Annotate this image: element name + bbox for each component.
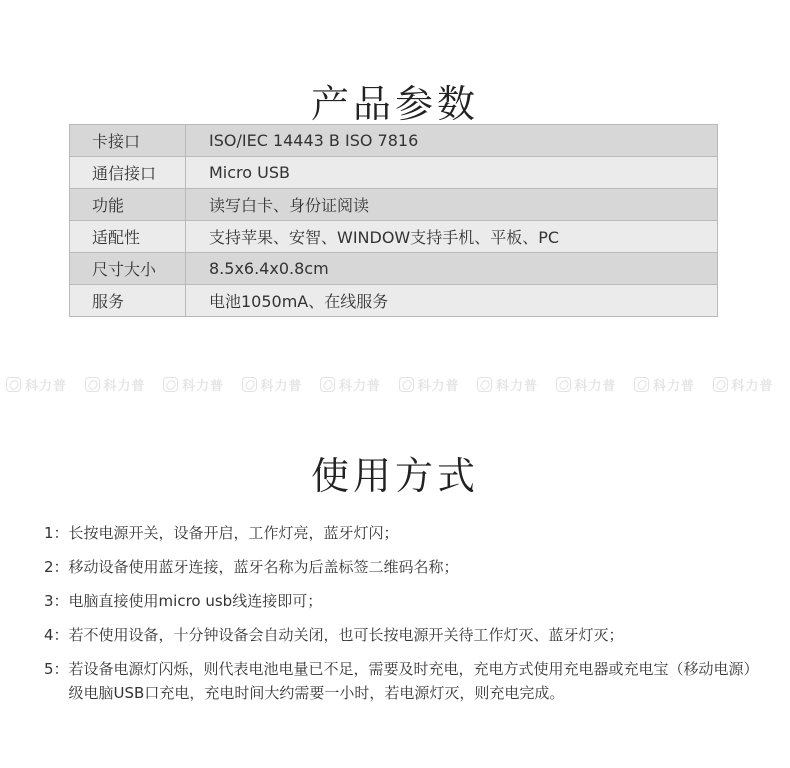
- watermark: 科力普: [399, 374, 478, 394]
- watermark-text: 科力普: [104, 375, 146, 394]
- step-number: 3：: [44, 589, 69, 613]
- usage-step: 4： 若不使用设备，十分钟设备会自动关闭，也可长按电源开关待工作灯灭、蓝牙灯灭；: [44, 623, 764, 647]
- step-text: 电脑直接使用micro usb线连接即可；: [69, 589, 764, 613]
- paperclip-icon: [556, 377, 571, 392]
- step-text: 长按电源开关，设备开启，工作灯亮，蓝牙灯闪；: [69, 521, 764, 545]
- step-number: 5：: [44, 657, 69, 705]
- watermark-text: 科力普: [575, 375, 617, 394]
- paperclip-icon: [634, 377, 649, 392]
- spec-value: 读写白卡、身份证阅读: [186, 189, 718, 221]
- watermark: 科力普: [713, 374, 790, 394]
- table-row: 卡接口 ISO/IEC 14443 B ISO 7816: [70, 125, 718, 157]
- spec-key: 适配性: [70, 221, 186, 253]
- watermark-text: 科力普: [339, 375, 381, 394]
- watermark: 科力普: [556, 374, 635, 394]
- watermark: 科力普: [85, 374, 164, 394]
- spec-value: ISO/IEC 14443 B ISO 7816: [186, 125, 718, 157]
- watermark-text: 科力普: [418, 375, 460, 394]
- paperclip-icon: [163, 377, 178, 392]
- usage-steps: 1： 长按电源开关，设备开启，工作灯亮，蓝牙灯闪； 2： 移动设备使用蓝牙连接，…: [44, 521, 764, 715]
- paperclip-icon: [477, 377, 492, 392]
- watermark-text: 科力普: [261, 375, 303, 394]
- spec-value: Micro USB: [186, 157, 718, 189]
- watermark: 科力普: [320, 374, 399, 394]
- watermark-row: 科力普 科力普 科力普 科力普 科力普 科力普 科力普 科力普 科力普 科力普: [6, 374, 790, 394]
- spec-value: 支持苹果、安智、WINDOW支持手机、平板、PC: [186, 221, 718, 253]
- watermark-text: 科力普: [25, 375, 67, 394]
- step-text: 若不使用设备，十分钟设备会自动关闭，也可长按电源开关待工作灯灭、蓝牙灯灭；: [69, 623, 764, 647]
- usage-section-title: 使用方式: [0, 445, 790, 500]
- table-row: 服务 电池1050mA、在线服务: [70, 285, 718, 317]
- paperclip-icon: [713, 377, 728, 392]
- usage-step: 3： 电脑直接使用micro usb线连接即可；: [44, 589, 764, 613]
- spec-key: 服务: [70, 285, 186, 317]
- step-number: 1：: [44, 521, 69, 545]
- watermark: 科力普: [163, 374, 242, 394]
- step-text: 移动设备使用蓝牙连接，蓝牙名称为后盖标签二维码名称；: [69, 555, 764, 579]
- spec-key: 通信接口: [70, 157, 186, 189]
- usage-step: 2： 移动设备使用蓝牙连接，蓝牙名称为后盖标签二维码名称；: [44, 555, 764, 579]
- spec-key: 卡接口: [70, 125, 186, 157]
- step-number: 2：: [44, 555, 69, 579]
- table-row: 通信接口 Micro USB: [70, 157, 718, 189]
- paperclip-icon: [85, 377, 100, 392]
- watermark-text: 科力普: [182, 375, 224, 394]
- spec-value: 电池1050mA、在线服务: [186, 285, 718, 317]
- table-row: 适配性 支持苹果、安智、WINDOW支持手机、平板、PC: [70, 221, 718, 253]
- paperclip-icon: [399, 377, 414, 392]
- watermark: 科力普: [477, 374, 556, 394]
- usage-step: 1： 长按电源开关，设备开启，工作灯亮，蓝牙灯闪；: [44, 521, 764, 545]
- watermark: 科力普: [634, 374, 713, 394]
- spec-key: 功能: [70, 189, 186, 221]
- usage-step: 5： 若设备电源灯闪烁，则代表电池电量已不足，需要及时充电，充电方式使用充电器或…: [44, 657, 764, 705]
- specs-table: 卡接口 ISO/IEC 14443 B ISO 7816 通信接口 Micro …: [69, 124, 718, 317]
- watermark-text: 科力普: [732, 375, 774, 394]
- watermark: 科力普: [242, 374, 321, 394]
- spec-key: 尺寸大小: [70, 253, 186, 285]
- step-text: 若设备电源灯闪烁，则代表电池电量已不足，需要及时充电，充电方式使用充电器或充电宝…: [69, 657, 764, 705]
- step-number: 4：: [44, 623, 69, 647]
- watermark-text: 科力普: [496, 375, 538, 394]
- watermark: 科力普: [6, 374, 85, 394]
- paperclip-icon: [6, 377, 21, 392]
- paperclip-icon: [242, 377, 257, 392]
- watermark-text: 科力普: [653, 375, 695, 394]
- spec-value: 8.5x6.4x0.8cm: [186, 253, 718, 285]
- specs-section-title: 产品参数: [0, 73, 790, 128]
- table-row: 尺寸大小 8.5x6.4x0.8cm: [70, 253, 718, 285]
- paperclip-icon: [320, 377, 335, 392]
- table-row: 功能 读写白卡、身份证阅读: [70, 189, 718, 221]
